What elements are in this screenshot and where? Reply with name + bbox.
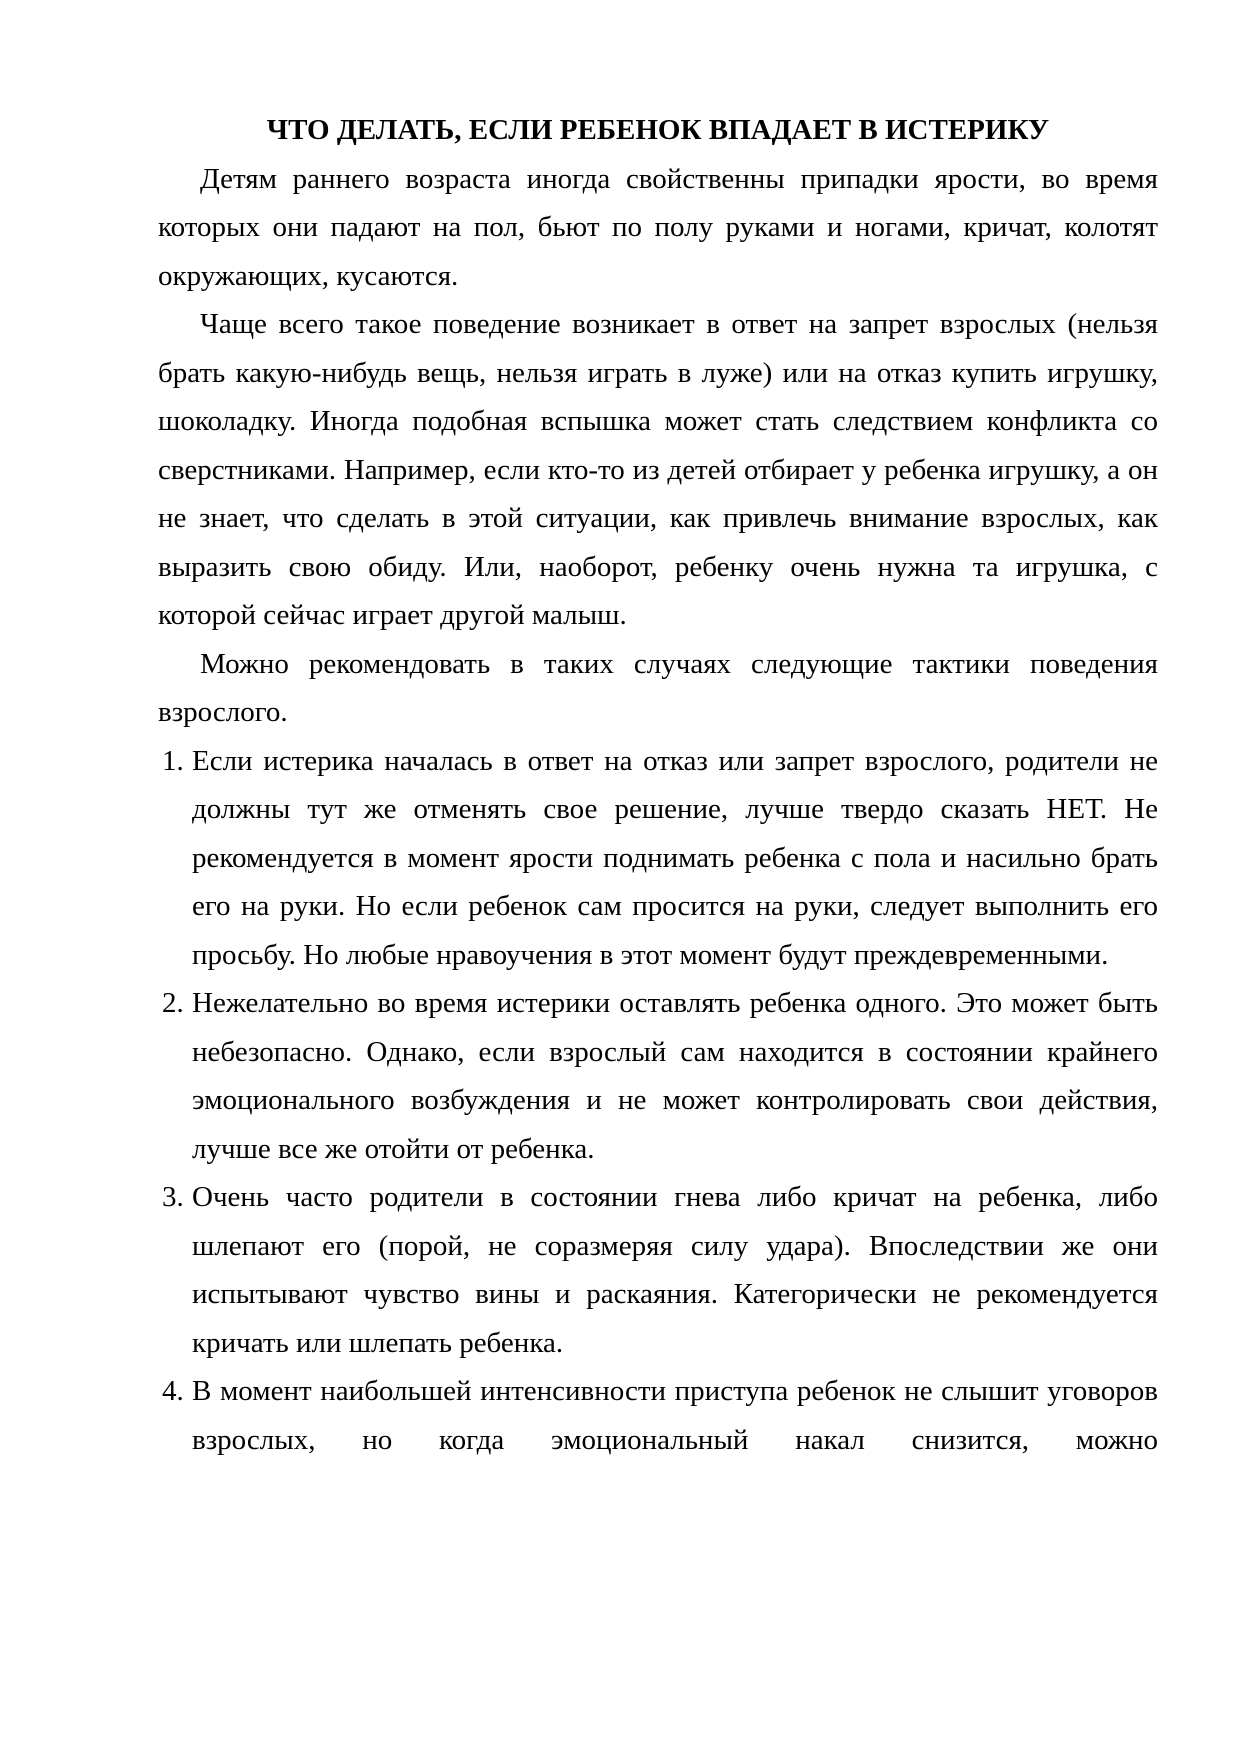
list-item: 2. Нежелательно во время истерики оставл… — [158, 979, 1158, 1173]
document-page: ЧТО ДЕЛАТЬ, ЕСЛИ РЕБЕНОК ВПАДАЕТ В ИСТЕР… — [0, 0, 1240, 1754]
list-item: 4. В момент наибольшей интенсивности при… — [158, 1367, 1158, 1464]
document-title: ЧТО ДЕЛАТЬ, ЕСЛИ РЕБЕНОК ВПАДАЕТ В ИСТЕР… — [158, 106, 1158, 155]
list-item: 1. Если истерика началась в ответ на отк… — [158, 737, 1158, 980]
numbered-list: 1. Если истерика началась в ответ на отк… — [158, 737, 1158, 1465]
list-item-number: 2. — [162, 979, 184, 1028]
paragraph-causes: Чаще всего такое поведение возникает в о… — [158, 300, 1158, 640]
paragraph-intro: Детям раннего возраста иногда свойственн… — [158, 155, 1158, 301]
list-item-number: 4. — [162, 1367, 184, 1416]
list-item-text: Нежелательно во время истерики оставлять… — [192, 987, 1158, 1165]
list-item-number: 3. — [162, 1173, 184, 1222]
paragraph-recommendations-lead: Можно рекомендовать в таких случаях след… — [158, 640, 1158, 737]
list-item-text: Если истерика началась в ответ на отказ … — [192, 745, 1158, 971]
list-item-number: 1. — [162, 737, 184, 786]
list-item-text: Очень часто родители в состоянии гнева л… — [192, 1181, 1158, 1359]
list-item: 3. Очень часто родители в состоянии гнев… — [158, 1173, 1158, 1367]
list-item-text: В момент наибольшей интенсивности присту… — [192, 1375, 1158, 1456]
